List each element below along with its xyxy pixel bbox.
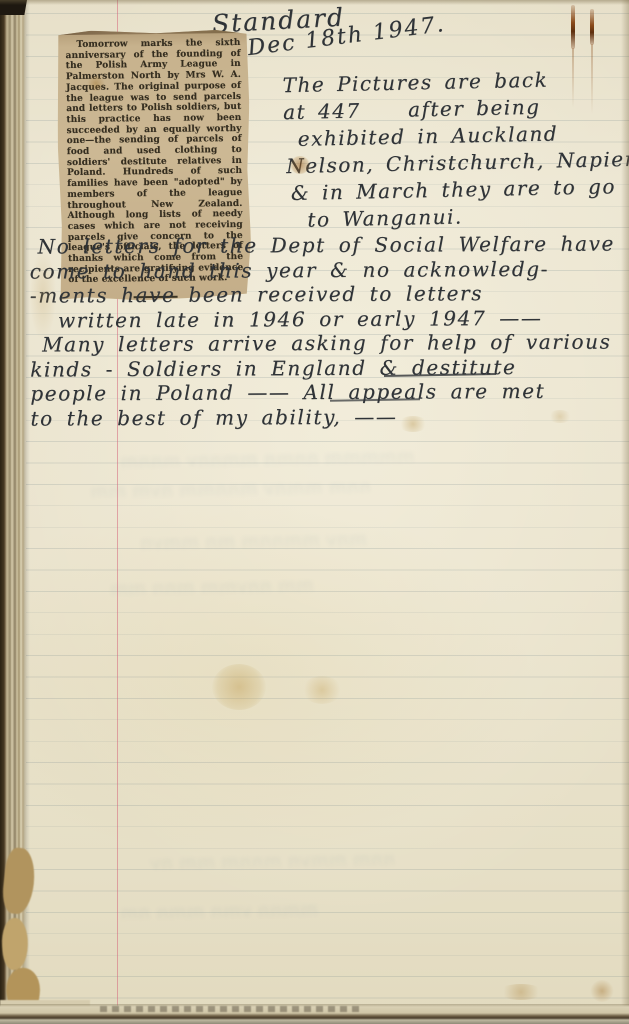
- handwritten-line: No letters for the Dept of Social Welfar…: [29, 231, 621, 259]
- handwritten-line: come to hand this year & no acknowledg-: [30, 256, 622, 284]
- rust-stain-tail: [572, 48, 574, 108]
- handwritten-note-pictures: The Pictures are back at 447 after being…: [282, 67, 585, 235]
- handwritten-line: to the best of my ability, ——: [30, 403, 622, 431]
- under-page-print-bleed: [100, 1006, 360, 1012]
- handwritten-line: kinds - Soldiers in England & destitute: [30, 354, 622, 382]
- handwritten-note-letters: No letters for the Dept of Social Welfar…: [29, 231, 622, 430]
- page-right-edge: [621, 0, 629, 1024]
- handwritten-line: written late in 1946 or early 1947 ——: [30, 305, 622, 333]
- rust-stain: [571, 5, 575, 49]
- rust-stain-tail: [591, 44, 593, 114]
- page-top-edge: [0, 0, 629, 5]
- handwritten-line: people in Poland —— All appeals are met: [30, 378, 622, 406]
- handwritten-line: -ments have been received to letters: [30, 280, 622, 308]
- handwritten-line: Many letters arrive asking for help of v…: [30, 329, 622, 357]
- rust-stain: [590, 9, 594, 45]
- diary-page-scan: mmmmm nnmn mmnnv mnnm nnm mmnv mnnmm nvm…: [0, 0, 629, 1024]
